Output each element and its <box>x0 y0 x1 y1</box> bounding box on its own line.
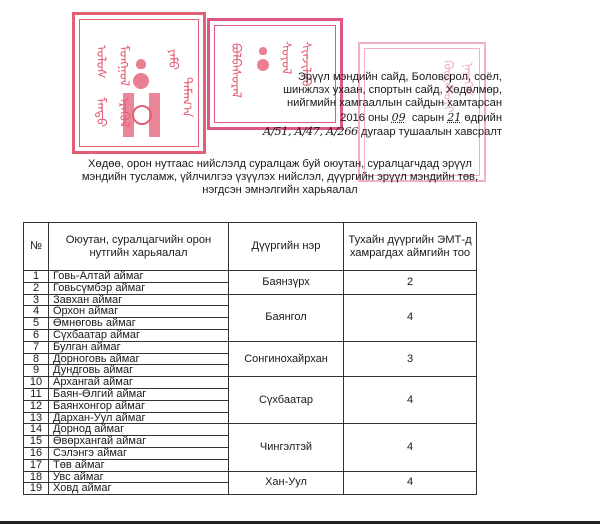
region-cell: Орхон аймаг <box>49 306 229 318</box>
count-cell: 4 <box>344 294 477 341</box>
table-body: 1Говь-Алтай аймагБаянзүрх22Говьсүмбэр ай… <box>24 271 477 495</box>
day-label: өдрийн <box>464 112 502 124</box>
row-number: 19 <box>24 483 49 495</box>
count-cell: 2 <box>344 271 477 295</box>
decree-annex-note: Эрүүл мэндийн сайд, Боловсрол, соёл, шин… <box>262 71 502 139</box>
region-cell: Дорнод аймаг <box>49 424 229 436</box>
row-number: 7 <box>24 341 49 353</box>
soyombo-emblem-icon <box>123 59 163 139</box>
region-cell: Сэлэнгэ аймаг <box>49 447 229 459</box>
title-line-2: мэндийн тусламж, үйлчилгээ үзүүлэх нийсл… <box>60 171 500 184</box>
region-cell: Дундговь аймаг <box>49 365 229 377</box>
region-cell: Баян-Өлгий аймаг <box>49 388 229 400</box>
row-number: 18 <box>24 471 49 483</box>
row-number: 6 <box>24 329 49 341</box>
region-cell: Өмнөговь аймаг <box>49 318 229 330</box>
official-seal-left: ᠮᠣᠩᠭᠣᠯ ᠤᠯᠤᠰ ᠡᠷᠡᠭᠦᠯ ᠮᠡᠨᠳᠦ ᠶᠠᠮᠤ ᠲᠠᠮᠠᠭ᠎ᠠ <box>72 12 206 154</box>
district-cell: Хан-Уул <box>229 471 344 495</box>
document-title: Хөдөө, орон нутгаас нийслэлд суралцаж бу… <box>60 158 500 197</box>
row-number: 1 <box>24 271 49 283</box>
region-cell: Ховд аймаг <box>49 483 229 495</box>
header-count: Тухайн дүүргийн ЭМТ-д хамрагдах аймгийн … <box>344 223 477 271</box>
count-cell: 4 <box>344 377 477 424</box>
decree-line-2: шинжлэх ухаан, спортын сайд, Хөдөлмөр, <box>262 84 502 97</box>
district-cell: Чингэлтэй <box>229 424 344 471</box>
order-label: дугаар тушаалын хавсралт <box>361 126 502 138</box>
region-cell: Говь-Алтай аймаг <box>49 271 229 283</box>
count-cell: 4 <box>344 424 477 471</box>
year-label: 2016 оны <box>340 112 388 124</box>
order-numbers-handwritten: А/51, А/47, А/266 <box>263 124 358 138</box>
district-cell: Баянзүрх <box>229 271 344 295</box>
table-row: 18Увс аймагХан-Уул4 <box>24 471 477 483</box>
region-cell: Сүхбаатар аймаг <box>49 329 229 341</box>
seal-script: ᠪᠣᠯᠪᠠᠰᠤᠷᠠᠯ <box>224 43 247 103</box>
seal-script: ᠲᠠᠮᠠᠭ᠎ᠠ <box>175 77 198 107</box>
region-cell: Булган аймаг <box>49 341 229 353</box>
row-number: 11 <box>24 388 49 400</box>
table-row: 7Булган аймагСонгинохайрхан3 <box>24 341 477 353</box>
row-number: 14 <box>24 424 49 436</box>
row-number: 4 <box>24 306 49 318</box>
decree-order-line: А/51, А/47, А/266 дугаар тушаалын хавсра… <box>262 125 502 139</box>
month-label: сарын <box>412 112 444 124</box>
title-line-3: нэгдсэн эмнэлгийн харьяалал <box>60 184 500 197</box>
table-row: 3Завхан аймагБаянгол4 <box>24 294 477 306</box>
title-line-1: Хөдөө, орон нутгаас нийслэлд суралцаж бу… <box>60 158 500 171</box>
row-number: 2 <box>24 282 49 294</box>
count-cell: 3 <box>344 341 477 376</box>
table-row: 1Говь-Алтай аймагБаянзүрх2 <box>24 271 477 283</box>
district-cell: Сүхбаатар <box>229 377 344 424</box>
region-cell: Архангай аймаг <box>49 377 229 389</box>
region-cell: Өвөрхангай аймаг <box>49 436 229 448</box>
day-handwritten: 21 <box>447 111 461 124</box>
row-number: 3 <box>24 294 49 306</box>
header-district: Дүүргийн нэр <box>229 223 344 271</box>
region-cell: Говьсүмбэр аймаг <box>49 282 229 294</box>
region-cell: Баянхонгор аймаг <box>49 400 229 412</box>
decree-line-1: Эрүүл мэндийн сайд, Боловсрол, соёл, <box>262 71 502 84</box>
row-number: 16 <box>24 447 49 459</box>
row-number: 17 <box>24 459 49 471</box>
table-row: 14Дорнод аймагЧингэлтэй4 <box>24 424 477 436</box>
table-row: 10Архангай аймагСүхбаатар4 <box>24 377 477 389</box>
decree-date-line: 2016 оны 09 сарын 21 өдрийн <box>262 111 502 125</box>
header-num: № <box>24 223 49 271</box>
region-cell: Дархан-Уул аймаг <box>49 412 229 424</box>
jurisdiction-table: № Оюутан, суралцагчийн орон нутгийн харь… <box>23 222 477 495</box>
district-cell: Сонгинохайрхан <box>229 341 344 376</box>
count-cell: 4 <box>344 471 477 495</box>
row-number: 9 <box>24 365 49 377</box>
region-cell: Төв аймаг <box>49 459 229 471</box>
row-number: 12 <box>24 400 49 412</box>
header-region: Оюутан, суралцагчийн орон нутгийн харьяа… <box>49 223 229 271</box>
region-cell: Завхан аймаг <box>49 294 229 306</box>
table-header-row: № Оюутан, суралцагчийн орон нутгийн харь… <box>24 223 477 271</box>
decree-line-3: нийгмийн хамгааллын сайдын хамтарсан <box>262 97 502 110</box>
region-cell: Увс аймаг <box>49 471 229 483</box>
row-number: 5 <box>24 318 49 330</box>
row-number: 13 <box>24 412 49 424</box>
row-number: 15 <box>24 436 49 448</box>
row-number: 10 <box>24 377 49 389</box>
district-cell: Баянгол <box>229 294 344 341</box>
region-cell: Дорноговь аймаг <box>49 353 229 365</box>
month-handwritten: 09 <box>392 111 406 124</box>
row-number: 8 <box>24 353 49 365</box>
